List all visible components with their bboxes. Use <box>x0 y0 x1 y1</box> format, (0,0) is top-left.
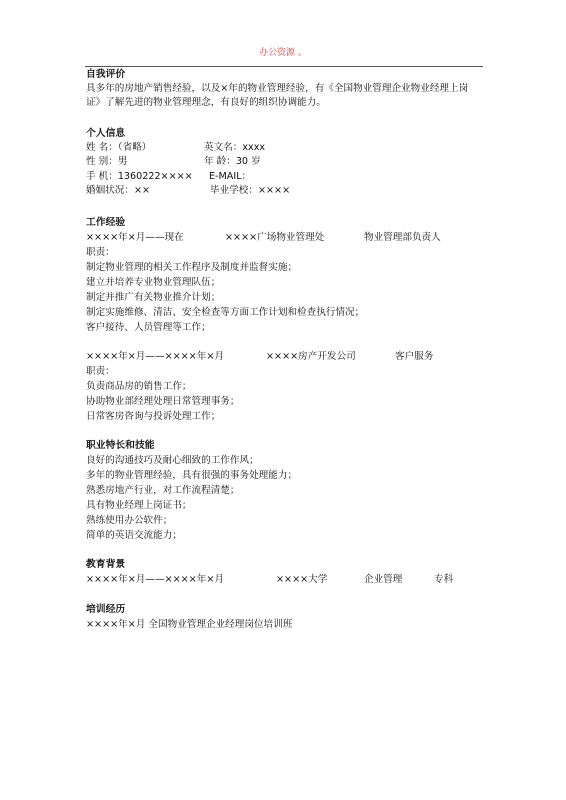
skill-item: 熟悉房地产行业，对工作流程清楚； <box>86 484 240 498</box>
job-company: ××××房产开发公司 <box>266 350 356 364</box>
duty-label: 职责： <box>86 365 115 379</box>
duty-item: 制定并推广有关物业推介计划； <box>86 291 220 305</box>
gender-field: 性 别：男 <box>86 156 127 167</box>
name-field: 姓 名：（省略） <box>86 142 151 153</box>
header-text: 办公资源 <box>259 48 295 58</box>
self-eval-line: 具多年的房地产销售经验，以及×年的物业管理经验，有《全国物业管理企业物业经理上岗 <box>86 82 468 96</box>
duty-item: 负责商品房的销售工作； <box>86 380 192 394</box>
header-divider <box>85 66 483 67</box>
skill-item: 良好的沟通技巧及耐心细致的工作作风； <box>86 454 259 468</box>
job-period: ××××年×月——现在 <box>86 232 184 243</box>
education-degree: 专科 <box>434 573 453 587</box>
job-company: ××××广场物业管理处 <box>225 231 324 245</box>
skill-item: 简单的英语交流能力； <box>86 529 182 543</box>
section-title-education: 教育背景 <box>86 558 125 572</box>
skill-item: 具有物业经理上岗证书； <box>86 499 192 513</box>
marital-status-field: 婚姻状况：×× <box>86 185 150 196</box>
job-header: ××××年×月——××××年×月 ××××房产开发公司 客户服务 <box>86 350 224 364</box>
personal-row: 婚姻状况：×× 毕业学校：×××× <box>86 184 150 198</box>
school-field: 毕业学校：×××× <box>210 184 290 198</box>
age-field: 年 龄：30 岁 <box>204 155 261 169</box>
page-header: 办公资源 。 <box>0 45 566 58</box>
section-title-skills: 职业特长和技能 <box>86 439 155 453</box>
email-field: E-MAIL： <box>209 170 251 184</box>
job-period: ××××年×月——××××年×月 <box>86 351 224 362</box>
phone-field: 手 机：1360222×××× <box>86 171 193 182</box>
education-period: ××××年×月——××××年×月 <box>86 574 224 585</box>
personal-row: 姓 名：（省略） 英文名：xxxx <box>86 141 151 155</box>
duty-item: 客户接待、人员管理等工作； <box>86 321 211 335</box>
duty-item: 日常客房咨询与投诉处理工作； <box>86 410 220 424</box>
header-dot: 。 <box>298 48 307 58</box>
education-major: 企业管理 <box>364 573 402 587</box>
job-header: ××××年×月——现在 ××××广场物业管理处 物业管理部负责人 <box>86 231 184 245</box>
duty-item: 制定物业管理的相关工作程序及制度并监督实施； <box>86 261 297 275</box>
section-title-self-eval: 自我评价 <box>86 68 125 82</box>
self-eval-line: 证》了解先进的物业管理理念，有良好的组织协调能力。 <box>86 96 326 110</box>
duty-item: 建立并培养专业物业管理队伍； <box>86 276 220 290</box>
resume-page: 办公资源 。 自我评价 具多年的房地产销售经验，以及×年的物业管理经验，有《全国… <box>0 0 566 800</box>
education-row: ××××年×月——××××年×月 ××××大学 企业管理 专科 <box>86 573 224 587</box>
personal-row: 手 机：1360222×××× E-MAIL： <box>86 170 193 184</box>
duty-item: 协助物业部经理处理日常管理事务； <box>86 395 240 409</box>
section-title-work: 工作经验 <box>86 216 125 230</box>
job-position: 客户服务 <box>395 350 433 364</box>
skill-item: 多年的物业管理经验，具有很强的事务处理能力； <box>86 469 297 483</box>
duty-item: 制定实施维修、清洁、安全检查等方面工作计划和检查执行情况； <box>86 306 364 320</box>
english-name-field: 英文名：xxxx <box>204 141 265 155</box>
skill-item: 熟练使用办公软件； <box>86 514 172 528</box>
personal-row: 性 别：男 年 龄：30 岁 <box>86 155 127 169</box>
duty-label: 职责： <box>86 246 115 260</box>
education-school: ××××大学 <box>276 573 327 587</box>
section-title-training: 培训经历 <box>86 603 125 617</box>
section-title-personal: 个人信息 <box>86 127 125 141</box>
job-position: 物业管理部负责人 <box>364 231 441 245</box>
training-item: ××××年×月 全国物业管理企业经理岗位培训班 <box>86 618 292 632</box>
